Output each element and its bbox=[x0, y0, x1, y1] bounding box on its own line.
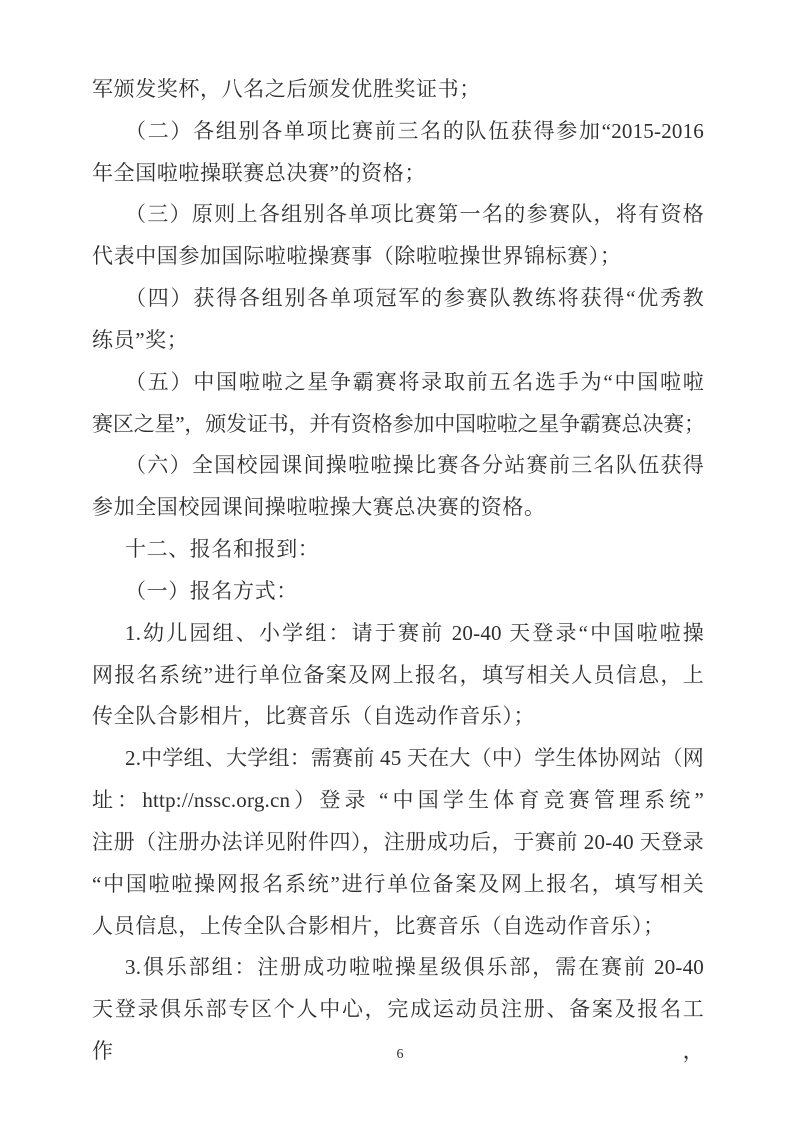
text-line: 址：http://nssc.org.cn）登录 “中国学生体育竞赛管理系统” bbox=[92, 780, 704, 822]
text-line: 军颁发奖杯，八名之后颁发优胜奖证书； bbox=[92, 69, 704, 111]
text-line: 天登录俱乐部专区个人中心，完成运动员注册、备案及报名工作， bbox=[92, 989, 704, 1031]
text-line: 1.幼儿园组、小学组：请于赛前 20-40 天登录“中国啦啦操 bbox=[92, 613, 704, 655]
text-line: 参加全国校园课间操啦啦操大赛总决赛的资格。 bbox=[92, 487, 704, 529]
text-line: （五）中国啦啦之星争霸赛将录取前五名选手为“中国啦啦 bbox=[92, 362, 704, 404]
text-line: 2.中学组、大学组：需赛前 45 天在大（中）学生体协网站（网 bbox=[92, 738, 704, 780]
text-line: 代表中国参加国际啦啦操赛事（除啦啦操世界锦标赛）； bbox=[92, 236, 704, 278]
text-line: 练员”奖； bbox=[92, 320, 704, 362]
text-line: 传全队合影相片，比赛音乐（自选动作音乐）； bbox=[92, 696, 704, 738]
text-line: 年全国啦啦操联赛总决赛”的资格； bbox=[92, 153, 704, 195]
page-number: 6 bbox=[0, 1044, 800, 1066]
text-line: 十二、报名和报到： bbox=[92, 529, 704, 571]
document-body: 军颁发奖杯，八名之后颁发优胜奖证书； （二）各组别各单项比赛前三名的队伍获得参加… bbox=[92, 69, 704, 1031]
text-line: （三）原则上各组别各单项比赛第一名的参赛队，将有资格 bbox=[92, 194, 704, 236]
text-line: （一）报名方式： bbox=[92, 571, 704, 613]
text-line: （六）全国校园课间操啦啦操比赛各分站赛前三名队伍获得 bbox=[92, 445, 704, 487]
text-line: “中国啦啦操网报名系统”进行单位备案及网上报名，填写相关 bbox=[92, 864, 704, 906]
text-line: 网报名系统”进行单位备案及网上报名，填写相关人员信息，上 bbox=[92, 655, 704, 697]
text-line: 注册（注册办法详见附件四），注册成功后，于赛前 20-40 天登录 bbox=[92, 822, 704, 864]
text-line: （四）获得各组别各单项冠军的参赛队教练将获得“优秀教 bbox=[92, 278, 704, 320]
text-line: 人员信息，上传全队合影相片，比赛音乐（自选动作音乐）； bbox=[92, 906, 704, 948]
text-line: 赛区之星”，颁发证书，并有资格参加中国啦啦之星争霸赛总决赛； bbox=[92, 404, 704, 446]
document-page: 军颁发奖杯，八名之后颁发优胜奖证书； （二）各组别各单项比赛前三名的队伍获得参加… bbox=[0, 0, 800, 1131]
text-line: 3.俱乐部组：注册成功啦啦操星级俱乐部，需在赛前 20-40 bbox=[92, 947, 704, 989]
text-line: （二）各组别各单项比赛前三名的队伍获得参加“2015-2016 bbox=[92, 111, 704, 153]
